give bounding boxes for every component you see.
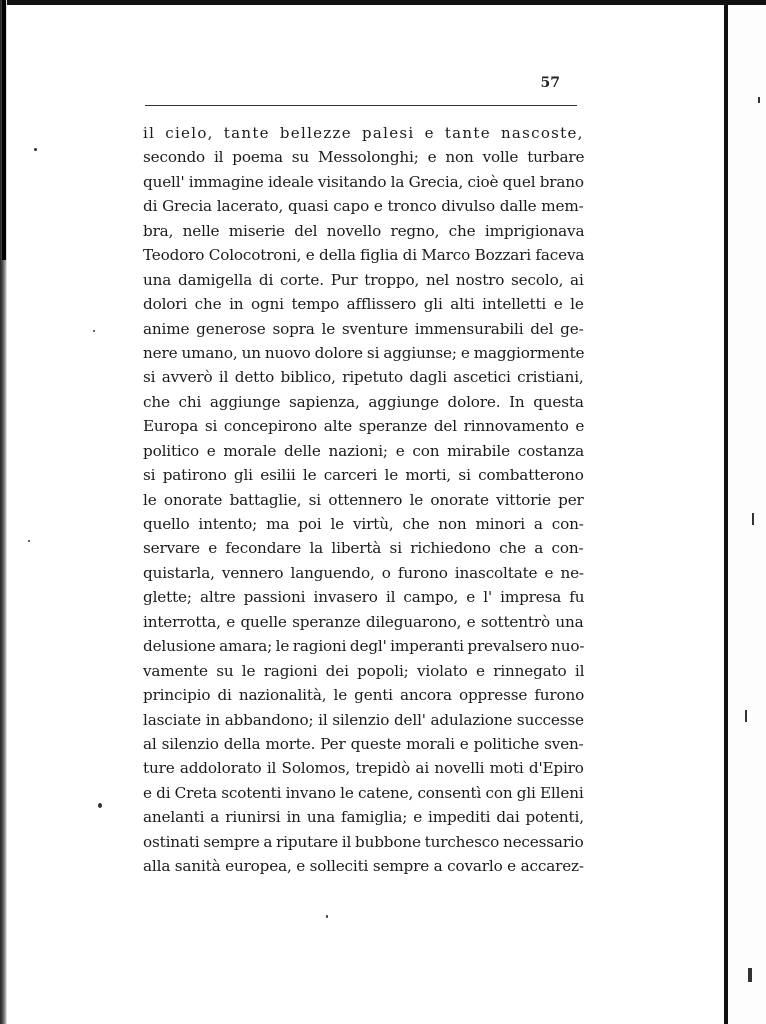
text-line: di Grecia lacerato, quasi capo e tronco … [143, 194, 584, 218]
text-line: il cielo, tante bellezze palesi e tante … [143, 121, 584, 145]
text-line: al silenzio della morte. Per queste mora… [143, 732, 584, 756]
text-line: quello intento; ma poi le virtù, che non… [143, 512, 584, 536]
text-line: e di Creta scotenti invano le catene, co… [143, 781, 584, 805]
text-line: quell' immagine ideale visitando la Grec… [143, 170, 584, 194]
body-text: il cielo, tante bellezze palesi e tante … [143, 121, 584, 879]
text-line: anelanti a riunirsi in una famiglia; e i… [143, 805, 584, 829]
text-line: principio di nazionalità, le genti ancor… [143, 683, 584, 707]
text-line: lasciate in abbandono; il silenzio dell'… [143, 708, 584, 732]
scan-speck [748, 968, 752, 982]
text-line: Teodoro Colocotroni, e della figlia di M… [143, 243, 584, 267]
scan-speck [745, 710, 747, 722]
text-line: ture addolorato il Solomos, trepidò ai n… [143, 756, 584, 780]
text-line: vamente su le ragioni dei popoli; violat… [143, 659, 584, 683]
scan-speck [326, 915, 328, 918]
scan-speck [98, 803, 102, 808]
text-line: si avverò il detto biblico, ripetuto dag… [143, 365, 584, 389]
scan-speck [93, 330, 95, 332]
text-line: Europa si concepirono alte speranze del … [143, 414, 584, 438]
text-line: si patirono gli esilii le carceri le mor… [143, 463, 584, 487]
next-page-strip [728, 5, 766, 1024]
text-line: una damigella di corte. Pur troppo, nel … [143, 268, 584, 292]
scan-speck [752, 513, 754, 525]
text-line: le onorate battaglie, si ottennero le on… [143, 488, 584, 512]
text-line: ostinati sempre a riputare il bubbone tu… [143, 830, 584, 854]
text-line: nere umano, un nuovo dolore si aggiunse;… [143, 341, 584, 365]
text-line: servare e fecondare la libertà si richie… [143, 536, 584, 560]
text-line: dolori che in ogni tempo afflissero gli … [143, 292, 584, 316]
page-gutter-line [724, 5, 728, 1024]
scan-speck [758, 97, 760, 103]
scan-top-edge [0, 0, 766, 5]
text-line: bra, nelle miserie del novello regno, ch… [143, 219, 584, 243]
header-rule [145, 105, 577, 106]
text-line: quistarla, vennero languendo, o furono i… [143, 561, 584, 585]
text-line: interrotta, e quelle speranze dileguaron… [143, 610, 584, 634]
text-line: che chi aggiunge sapienza, aggiunge dolo… [143, 390, 584, 414]
scan-left-binding-shadow [2, 0, 6, 260]
text-line: alla sanità europea, e solleciti sempre … [143, 854, 584, 878]
text-line: delusione amara; le ragioni degl' impera… [143, 634, 584, 658]
text-line: glette; altre passioni invasero il campo… [143, 585, 584, 609]
text-line: anime generose sopra le sventure immensu… [143, 317, 584, 341]
scan-speck [34, 148, 37, 151]
text-line: secondo il poema su Messolonghi; e non v… [143, 145, 584, 169]
scan-speck [28, 540, 30, 542]
page-number: 57 [530, 75, 560, 91]
text-line: politico e morale delle nazioni; e con m… [143, 439, 584, 463]
